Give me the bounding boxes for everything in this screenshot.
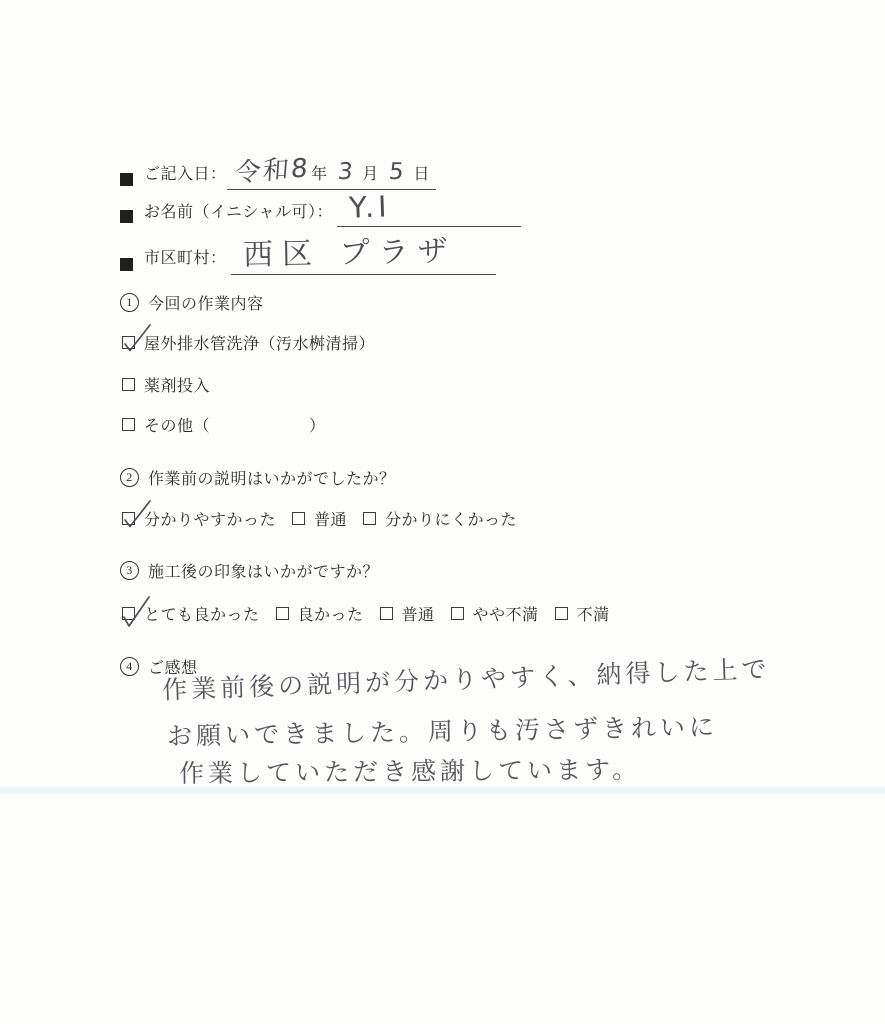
date-label: ご記入日： xyxy=(144,161,227,184)
section-title-text: 施工後の印象はいかがですか？ xyxy=(148,559,379,582)
name-label: お名前（イニシャル可）： xyxy=(144,199,333,222)
checkbox-option: やや不満 xyxy=(451,602,539,625)
name-underline: Y.I xyxy=(337,190,521,227)
checkbox-option: 屋外排水管洗浄（汚水桝清掃） xyxy=(122,331,375,354)
section-1-title: 1 今回の作業内容 xyxy=(120,291,264,314)
date-month-handwritten: 3 xyxy=(336,159,353,185)
checkbox-unchecked[interactable] xyxy=(363,512,376,525)
checkbox-unchecked[interactable] xyxy=(292,512,305,525)
bullet-square-icon xyxy=(120,210,133,223)
checkbox-option: とても良かった xyxy=(122,602,260,625)
section-3-options-row: とても良かった 良かった 普通 やや不満 不満 xyxy=(122,602,610,625)
city-value-handwritten: 西区 プラザ xyxy=(238,226,456,274)
checkbox-unchecked[interactable] xyxy=(451,607,464,620)
checkbox-unchecked[interactable] xyxy=(122,418,135,431)
section-number-badge: 2 xyxy=(120,468,139,487)
checkbox-unchecked[interactable] xyxy=(555,607,568,620)
name-field: お名前（イニシャル可）： Y.I xyxy=(120,190,521,227)
checkbox-option: 普通 xyxy=(380,602,435,625)
year-unit-label: 年 xyxy=(311,161,328,184)
option-label: やや不満 xyxy=(473,602,539,625)
date-era-handwritten: 令和8 xyxy=(233,147,311,189)
checkbox-option: 普通 xyxy=(292,507,347,530)
bullet-square-icon xyxy=(120,258,133,271)
section-title-text: 作業前の説明はいかがでしたか？ xyxy=(148,466,396,489)
option-label: とても良かった xyxy=(144,602,260,625)
section-number-badge: 3 xyxy=(120,561,139,580)
date-underline: 令和8 年 3 月 5 日 xyxy=(227,150,436,190)
checkbox-checked[interactable] xyxy=(122,607,135,620)
comment-handwritten-line: 作業していただき感謝しています。 xyxy=(179,750,641,790)
checkbox-option: 不満 xyxy=(555,602,610,625)
option-label: 屋外排水管洗浄（汚水桝清掃） xyxy=(144,331,375,354)
comment-handwritten-line: 作業前後の説明が分かりやすく、納得した上で xyxy=(162,649,771,706)
name-value-handwritten: Y.I xyxy=(344,189,395,225)
checkbox-option: 分かりやすかった xyxy=(122,507,276,530)
option-label: 分かりにくかった xyxy=(385,507,517,530)
city-underline: 西区 プラザ xyxy=(231,228,497,275)
option-label: 良かった xyxy=(298,602,364,625)
option-label: 分かりやすかった xyxy=(144,507,276,530)
month-unit-label: 月 xyxy=(362,161,379,184)
scan-artifact-band xyxy=(0,786,885,794)
checkbox-unchecked[interactable] xyxy=(276,607,289,620)
option-label: 普通 xyxy=(402,602,435,625)
section-3-title: 3 施工後の印象はいかがですか？ xyxy=(120,559,379,582)
checkbox-unchecked[interactable] xyxy=(380,607,393,620)
option-label: その他（ ） xyxy=(144,413,326,436)
scanned-questionnaire-page: ご記入日： 令和8 年 3 月 5 日 お名前（イニシャル可）： Y.I 市区町… xyxy=(0,0,885,1024)
bullet-square-icon xyxy=(120,173,133,186)
section-number-badge: 4 xyxy=(120,657,139,676)
checkbox-option: 薬剤投入 xyxy=(122,373,210,396)
section-1-options-row-3: その他（ ） xyxy=(122,413,326,436)
date-field: ご記入日： 令和8 年 3 月 5 日 xyxy=(120,150,436,190)
checkbox-option: その他（ ） xyxy=(122,413,326,436)
section-1-options-row-1: 屋外排水管洗浄（汚水桝清掃） xyxy=(122,331,375,354)
checkbox-option: 良かった xyxy=(276,602,364,625)
checkbox-unchecked[interactable] xyxy=(122,378,135,391)
checkbox-checked[interactable] xyxy=(122,336,135,349)
city-label: 市区町村： xyxy=(144,245,227,268)
section-2-title: 2 作業前の説明はいかがでしたか？ xyxy=(120,466,396,489)
city-field: 市区町村： 西区 プラザ xyxy=(120,228,496,275)
date-day-handwritten: 5 xyxy=(387,159,404,185)
comment-handwritten-line: お願いできました。周りも汚さずきれいに xyxy=(167,707,719,753)
checkbox-checked[interactable] xyxy=(122,512,135,525)
option-label: 普通 xyxy=(314,507,347,530)
checkbox-option: 分かりにくかった xyxy=(363,507,517,530)
section-number-badge: 1 xyxy=(120,293,139,312)
section-1-options-row-2: 薬剤投入 xyxy=(122,373,210,396)
option-label: 不満 xyxy=(577,602,610,625)
section-title-text: 今回の作業内容 xyxy=(148,291,264,314)
section-2-options-row: 分かりやすかった 普通 分かりにくかった xyxy=(122,507,517,530)
day-unit-label: 日 xyxy=(413,161,430,184)
option-label: 薬剤投入 xyxy=(144,373,210,396)
